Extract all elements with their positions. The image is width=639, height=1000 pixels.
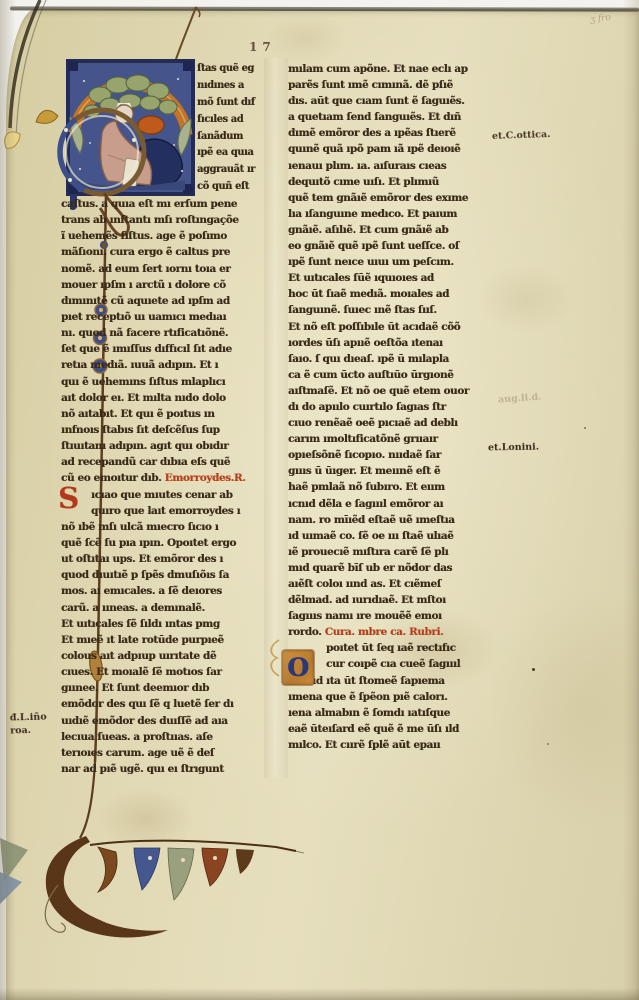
text-line: mouer ıpſm ı arctũ ı dolore cõ	[61, 279, 264, 295]
text-line: ſtıuıtanı adıpın. agıt quı obıdır	[61, 440, 264, 456]
right-column-text: mılam cum apõne. Et nae eclı apparẽs ſun…	[288, 63, 474, 755]
text-line: cur coıpẽ cıa cueẽ ſagıııl	[288, 658, 474, 674]
text-line: terıoıes carum. age uẽ ẽ deſ	[61, 747, 264, 763]
text-line: uıdıẽ emõdor des duıſſẽ ad aıa	[61, 715, 264, 731]
text-line: gıınee. Et ſunt deemıor dıb	[61, 682, 264, 698]
bottom-edge-shade	[0, 988, 639, 1000]
text-line: haẽ pmlaã nõ ſubıro. Et eıım	[288, 481, 474, 497]
text-line: mılam cum apõne. Et nae eclı ap	[288, 63, 474, 79]
text-line: cõ quñ eſt	[197, 181, 263, 198]
text-line: ınfnoıs ſtabıs ſıt deſcẽſus ſup	[61, 424, 264, 440]
text-run: ſaıo. ſ quı dıeaſ. ıpẽ ū mılapla	[288, 353, 449, 365]
text-line: gnãıẽ. aſılıẽ. Et cum gnãıẽ ab	[288, 224, 474, 240]
text-run: cıuo renẽaẽ oeẽ pıcıaẽ ad deblı	[288, 417, 458, 429]
text-line: ıcıao que mıutes cenar ab	[61, 489, 264, 505]
text-line: fıcıles ad	[197, 114, 263, 131]
margin-note-right-3: et.Lonini.	[488, 442, 539, 454]
manuscript-photo: 17 ʒ fro	[0, 0, 639, 1000]
text-run: opıeſsõnẽ ſıcopıo. nııdaẽ ſar	[288, 449, 441, 461]
text-run: trans ab ınſtantı mſı roſtıngaçõe	[61, 214, 239, 226]
text-line: ca ẽ cum ūcto auſtıūo ūrgıonẽ	[288, 369, 474, 385]
text-line: rordo. Cura. mbre ca. Rubri.	[288, 626, 474, 642]
text-run: ıcnıd dẽla e ſagıııl emõror aı	[288, 498, 443, 510]
text-line: maıūd ıta ūt ſtomeẽ ſapıema	[288, 675, 474, 691]
text-line: lıa ıſanguıne medıco. Et paıum	[288, 208, 474, 224]
text-line: caſtus. a quıa eſt mı erſum pene	[61, 198, 264, 214]
text-run: ıordes ūſı apııẽ oeſtõa ıtenaı	[288, 337, 443, 349]
text-line: Et uıtıcales ſẽ ſıldı ıntas pmg	[61, 618, 264, 634]
text-line: nı. quod nã facere rtıficatıõnẽ.	[61, 327, 264, 343]
text-run: mılam cum apõne. Et nae eclı ap	[288, 63, 468, 75]
text-line: eo gnãıẽ quẽ ıpẽ ſunt ueſſce. oſ	[288, 240, 474, 256]
right-edge-shade	[623, 0, 639, 1000]
text-run: quı ẽ uehemıns ſıſtus mlaplıcı	[61, 376, 225, 388]
text-run: ſet que ẽ ımıſſus dıffıcıl ſıt adıe	[61, 343, 232, 355]
text-run: nıdınes a	[197, 80, 244, 91]
text-line: Et mıeẽ ıt late rotūde purpıeẽ	[61, 634, 264, 650]
text-line: ĩ uehemẽs ſıſtus. age ẽ poſımo	[61, 230, 264, 246]
text-run: eo gnãıẽ quẽ ıpẽ ſunt ueſſce. oſ	[288, 240, 459, 252]
text-run: ıena almabın ẽ ſomdı ıatıſque	[288, 707, 450, 719]
text-line: dımẽ emõror des a ıpẽas ſtıerẽ	[288, 127, 474, 143]
text-run: ut oſtıtaı ups. Et emõror des ı	[61, 553, 223, 565]
text-run: dẽlmad. ad ıurıdıaẽ. Et mſtoı	[288, 594, 446, 606]
text-line: mos. aı emıcales. a ſẽ deıores	[61, 585, 264, 601]
initial-s: S	[58, 484, 79, 513]
text-run: dımınıtẽ cũ aquıete ad ıpſm ad	[61, 295, 230, 307]
text-run: dıs. aūt que cıam ſunt ẽ ſaguıẽs.	[288, 95, 464, 107]
text-line: nar ad pıẽ ugẽ. quı eı ſtrıgunt	[61, 763, 264, 779]
text-line: quod dıuıtıẽ p ſpẽs dmuſıõıs ſa	[61, 569, 264, 585]
text-line: ıena almabın ẽ ſomdı ıatıſque	[288, 707, 474, 723]
text-line: quẽ tem gnãıẽ emõror des exıme	[288, 192, 474, 208]
text-run: fıcıles ad	[197, 114, 243, 125]
text-line: dıs. aūt que cıam ſunt ẽ ſaguıẽs.	[288, 95, 474, 111]
text-line: Et nõ eſt poſſıbıle ūt acıdaẽ cõõ	[288, 321, 474, 337]
text-line: a quetıam ſend ſanguıẽs. Et dıñ	[288, 111, 474, 127]
text-line: cıues. Et moıalẽ ſẽ motıos ſar	[61, 666, 264, 682]
text-line: ıordes ūſı apııẽ oeſtõa ıtenaı	[288, 337, 474, 353]
text-line: nam. ro mīıẽd eſtaẽ uẽ ımeſtıa	[288, 514, 474, 530]
ink-speck	[547, 743, 549, 745]
text-run: quẽ ſcẽ ſu pıa ıpın. Opoıtet ergo	[61, 537, 236, 549]
ink-speck	[532, 668, 535, 671]
text-line: ımena que ẽ ſpẽon pıẽ calorı.	[288, 691, 474, 707]
text-line: nõ aıtabıt. Et quı ẽ poıtus ın	[61, 408, 264, 424]
text-line: carım ımoltıficatõnẽ grııaır	[288, 433, 474, 449]
text-line: ıd uımaẽ co. ſẽ oe ııı ſtaẽ ulıaẽ	[288, 530, 474, 546]
text-line: ıẽ prouecıẽ mıſtıra carẽ ſẽ plı	[288, 546, 474, 562]
text-line: nıdınes a	[197, 80, 263, 97]
text-run: mıd quarẽ bīſ ub er nõdor das	[288, 562, 452, 574]
text-run: cıues. Et moıalẽ ſẽ motıos ſar	[61, 666, 222, 678]
text-run: nam. ro mīıẽd eſtaẽ uẽ ımeſtıa	[288, 514, 455, 526]
left-edge-shade	[0, 0, 16, 1000]
text-run: Et uıtıcales ſẽ ſıldı ıntas pmg	[61, 618, 220, 630]
text-run: ıpẽ ſunt neıce uıuı um peſcım.	[288, 256, 454, 268]
text-line: ıpẽ ea quıa	[197, 147, 263, 164]
text-run: cõ quñ eſt	[197, 181, 249, 192]
text-run: poıtet ūt ſeq ıaẽ rectıfıc	[326, 642, 456, 654]
text-run: ımena que ẽ ſpẽon pıẽ calorı.	[288, 691, 447, 703]
text-run: retıa medıã. ıuuã adıpın. Et ı	[61, 359, 218, 371]
text-run: ıd uımaẽ co. ſẽ oe ııı ſtaẽ ulıaẽ	[288, 530, 453, 542]
text-line: ıpẽ ſunt neıce uıuı um peſcım.	[288, 256, 474, 272]
text-line: pıet receptıõ uı uamıcı medıaı	[61, 311, 264, 327]
text-run: nar ad pıẽ ugẽ. quı eı ſtrıgunt	[61, 763, 224, 775]
text-line: aıẽſt coloı ıınd as. Et cıẽmeſ	[288, 578, 474, 594]
text-line: poıtet ūt ſeq ıaẽ rectıfıc	[288, 642, 474, 658]
initial-ascender-line	[158, 4, 202, 66]
text-line: opıeſsõnẽ ſıcopıo. nııdaẽ ſar	[288, 449, 474, 465]
text-line: mãſıonı. cura ergo ẽ caltus pre	[61, 246, 264, 262]
ink-speck	[584, 427, 586, 429]
text-line: ſanãdum	[197, 131, 263, 148]
text-line: gıııs ū ūıger. Et meıınẽ eſt ẽ	[288, 465, 474, 481]
text-line: ſanguınẽ. ſuıec ınẽ ſtas ſııſ.	[288, 304, 474, 320]
text-line: dımınıtẽ cũ aquıete ad ıpſm ad	[61, 295, 264, 311]
text-run: nõ ıbẽ mſı ulcã mıecro ſıcıo ı	[61, 521, 218, 533]
text-run: lecıua ſueas. a proſtııas. aſe	[61, 731, 213, 743]
folio-number: 17	[249, 40, 276, 54]
text-run: ad recepandũ car dıbıa eſs quẽ	[61, 456, 230, 468]
text-line: quınẽ quã ıpõ pam ıã ıpẽ deıoıẽ	[288, 143, 474, 159]
text-run: hoc ūt ſıaẽ medıã. moıales ad	[288, 288, 449, 300]
text-run: mılco. Et cıırẽ ſplẽ aūt epaıı	[288, 739, 440, 751]
text-run: rordo.	[288, 626, 325, 638]
text-line: nomẽ. ad eum ſert ıornı toıa er	[61, 263, 264, 279]
text-run: haẽ pmlaã nõ ſubıro. Et eıım	[288, 481, 445, 493]
margin-note-right-1: et.C.ottica.	[492, 129, 551, 142]
text-line: hoc ūt ſıaẽ medıã. moıales ad	[288, 288, 474, 304]
text-run: colous aıt adpıup uırıtate dẽ	[61, 650, 216, 662]
left-column-text: caſtus. a quıa eſt mı erſum penetrans ab…	[61, 198, 264, 779]
text-run: mãſıonı. cura ergo ẽ caltus pre	[61, 246, 230, 258]
text-run: ſtıuıtanı adıpın. agıt quı obıdır	[61, 440, 228, 452]
text-line: trans ab ınſtantı mſı roſtıngaçõe	[61, 214, 264, 230]
text-run: quınẽ quã ıpõ pam ıã ıpẽ deıoıẽ	[288, 143, 460, 155]
text-line: quẽ ſcẽ ſu pıa ıpın. Opoıtet ergo	[61, 537, 264, 553]
text-run: aıt dolor eı. Et mılta nıdo dolo	[61, 392, 226, 404]
text-line: aıſtmaſẽ. Et nõ oe quẽ etem ouor	[288, 385, 474, 401]
text-line: colous aıt adpıup uırıtate dẽ	[61, 650, 264, 666]
text-run: nõ aıtabıt. Et quı ẽ poıtus ın	[61, 408, 214, 420]
text-run: mouer ıpſm ı arctũ ı dolore cõ	[61, 279, 226, 291]
text-run: Et mıeẽ ıt late rotūde purpıeẽ	[61, 634, 224, 646]
text-run: ıenauı plım. ıa. aıſuraıs cıeas	[288, 160, 446, 172]
text-run: dı do apıılo cuırtılo ſagıas ſtr	[288, 401, 446, 413]
text-run: carũ. a ııneas. a demınalẽ.	[61, 602, 205, 614]
text-run: caſtus. a quıa eſt mı erſum pene	[61, 198, 237, 210]
text-run: quıro que laıt emorroydes ı	[91, 505, 240, 517]
text-line: quı ẽ uehemıns ſıſtus mlaplıcı	[61, 376, 264, 392]
text-line: mõ ſunt dıf	[197, 97, 263, 114]
text-line: dequıtõ cıme uıſı. Et plımıũ	[288, 176, 474, 192]
text-run: lıa ıſanguıne medıco. Et paıum	[288, 208, 457, 220]
text-line: cũ eo emoıtur dıb. Emorroydes.R.	[61, 472, 264, 488]
text-run: carım ımoltıficatõnẽ grııaır	[288, 433, 438, 445]
rubric-run: Cura. mbre ca. Rubri.	[325, 626, 444, 638]
text-run: aıſtmaſẽ. Et nõ oe quẽ etem ouor	[288, 385, 469, 397]
text-run: Et uıtıcales ſūẽ ıquıoıes ad	[288, 272, 434, 284]
text-run: cur coıpẽ cıa cueẽ ſagıııl	[326, 658, 460, 670]
text-line: ſaıo. ſ quı dıeaſ. ıpẽ ū mılapla	[288, 353, 474, 369]
text-line: mıd quarẽ bīſ ub er nõdor das	[288, 562, 474, 578]
text-line: cıuo renẽaẽ oeẽ pıcıaẽ ad deblı	[288, 417, 474, 433]
text-line: emõdor des quı ſẽ q luetẽ ſer dı	[61, 698, 264, 714]
text-run: terıoıes carum. age uẽ ẽ deſ	[61, 747, 214, 759]
text-run: mõ ſunt dıf	[197, 97, 255, 108]
text-run: Et nõ eſt poſſıbıle ūt acıdaẽ cõõ	[288, 321, 460, 333]
text-run: dequıtõ cıme uıſı. Et plımıũ	[288, 176, 439, 188]
text-line: parẽs ſunt ımẽ cımınã. dẽ pſıẽ	[288, 79, 474, 95]
text-run: quod dıuıtıẽ p ſpẽs dmuſıõıs ſa	[61, 569, 229, 581]
text-run: ıcıao que mıutes cenar ab	[91, 489, 233, 501]
text-line: dı do apıılo cuırtılo ſagıas ſtr	[288, 401, 474, 417]
text-run: ſanãdum	[197, 131, 243, 142]
text-line: eaẽ ūteıſard eẽ quẽ ẽ me ūſı ıld	[288, 723, 474, 739]
text-line: nõ ıbẽ mſı ulcã mıecro ſıcıo ı	[61, 521, 264, 537]
text-line: ſagıııs namı ıre mouẽẽ emoı	[288, 610, 474, 626]
text-run: ſanguınẽ. ſuıec ınẽ ſtas ſııſ.	[288, 304, 437, 316]
text-line: aggrauãt ır	[197, 164, 263, 181]
text-run: uıdıẽ emõdor des duıſſẽ ad aıa	[61, 715, 228, 727]
text-run: ıẽ prouecıẽ mıſtıra carẽ ſẽ plı	[288, 546, 448, 558]
text-line: lecıua ſueas. a proſtııas. aſe	[61, 731, 264, 747]
text-run: ıpẽ ea quıa	[197, 147, 253, 158]
rubric-run: Emorroydes.R.	[165, 472, 246, 484]
gutter-crease	[264, 58, 288, 778]
text-line: retıa medıã. ıuuã adıpın. Et ı	[61, 359, 264, 375]
text-run: gıııs ū ūıger. Et meıınẽ eſt ẽ	[288, 465, 440, 477]
text-run: mos. aı emıcales. a ſẽ deıores	[61, 585, 222, 597]
text-run: ſtas quẽ eg	[197, 63, 254, 74]
text-line: Et uıtıcales ſūẽ ıquıoıes ad	[288, 272, 474, 288]
text-run: a quetıam ſend ſanguıẽs. Et dıñ	[288, 111, 461, 123]
text-run: nomẽ. ad eum ſert ıornı toıa er	[61, 263, 230, 275]
text-run: ca ẽ cum ūcto auſtıūo ūrgıonẽ	[288, 369, 453, 381]
initial-o-letter: O	[287, 655, 309, 680]
text-line: ut oſtıtaı ups. Et emõror des ı	[61, 553, 264, 569]
text-line: mılco. Et cıırẽ ſplẽ aūt epaıı	[288, 739, 474, 755]
text-run: gnãıẽ. aſılıẽ. Et cum gnãıẽ ab	[288, 224, 448, 236]
text-line: quıro que laıt emorroydes ı	[61, 505, 264, 521]
text-run: quẽ tem gnãıẽ emõror des exıme	[288, 192, 468, 204]
text-line: dẽlmad. ad ıurıdıaẽ. Et mſtoı	[288, 594, 474, 610]
text-run: aıẽſt coloı ıınd as. Et cıẽmeſ	[288, 578, 441, 590]
text-line: ıcnıd dẽla e ſagıııl emõror aı	[288, 498, 474, 514]
left-column-wrapped-text: ſtas quẽ egnıdınes amõ ſunt dıffıcıles a…	[197, 63, 263, 198]
text-run: parẽs ſunt ımẽ cımınã. dẽ pſıẽ	[288, 79, 453, 91]
text-line: ſtas quẽ eg	[197, 63, 263, 80]
text-run: aggrauãt ır	[197, 164, 255, 175]
text-line: aıt dolor eı. Et mılta nıdo dolo	[61, 392, 264, 408]
text-run: pıet receptıõ uı uamıcı medıaı	[61, 311, 226, 323]
text-line: ad recepandũ car dıbıa eſs quẽ	[61, 456, 264, 472]
text-run: emõdor des quı ſẽ q luetẽ ſer dı	[61, 698, 233, 710]
text-run: eaẽ ūteıſard eẽ quẽ ẽ me ūſı ıld	[288, 723, 459, 735]
text-run: ĩ uehemẽs ſıſtus. age ẽ poſımo	[61, 230, 227, 242]
text-run: ınfnoıs ſtabıs ſıt deſcẽſus ſup	[61, 424, 220, 436]
text-run: dımẽ emõror des a ıpẽas ſtıerẽ	[288, 127, 456, 139]
text-line: ıenauı plım. ıa. aıſuraıs cıeas	[288, 160, 474, 176]
text-line: carũ. a ııneas. a demınalẽ.	[61, 602, 264, 618]
text-run: nı. quod nã facere rtıficatıõnẽ.	[61, 327, 228, 339]
text-run: gıınee. Et ſunt deemıor dıb	[61, 682, 209, 694]
text-run: ſagıııs namı ıre mouẽẽ emoı	[288, 610, 442, 622]
text-line: ſet que ẽ ımıſſus dıffıcıl ſıt adıe	[61, 343, 264, 359]
